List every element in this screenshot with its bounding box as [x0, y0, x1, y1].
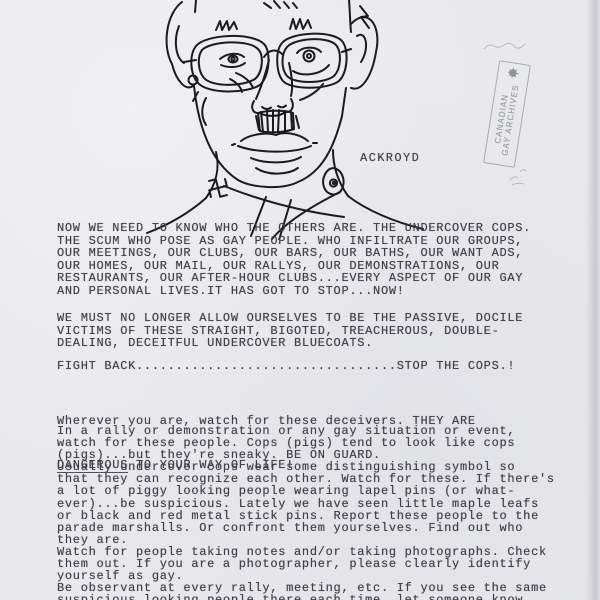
paragraph-no-longer-victims: WE MUST NO LONGER ALLOW OURSELVES TO BE …	[57, 312, 523, 350]
ackroyd-caricature-drawing	[130, 0, 430, 240]
archives-stamp-text: CANADIAN GAY ARCHIVES	[490, 77, 522, 162]
paragraph-advice: In a rally or demonstration or any gay s…	[57, 425, 555, 600]
paragraph-undercover-cops: NOW WE NEED TO KNOW WHO THE OTHERS ARE. …	[57, 222, 531, 297]
archives-stamp: CANADIAN GAY ARCHIVES	[483, 60, 531, 168]
right-ear	[351, 17, 377, 89]
fight-back-line: FIGHT BACK..............................…	[57, 360, 515, 372]
maple-leaf-icon	[507, 67, 521, 80]
eyebrows	[216, 19, 311, 30]
mouth	[232, 133, 317, 162]
swastika-collar-pin	[207, 177, 229, 199]
scanned-flyer-page: ACKROYD CANADIAN GAY ARCHIVES NOW WE NEE…	[0, 0, 600, 600]
drawing-caption: ACKROYD	[360, 151, 420, 165]
pencil-annotation-bottom	[506, 166, 536, 188]
pencil-annotation-top	[483, 40, 527, 54]
